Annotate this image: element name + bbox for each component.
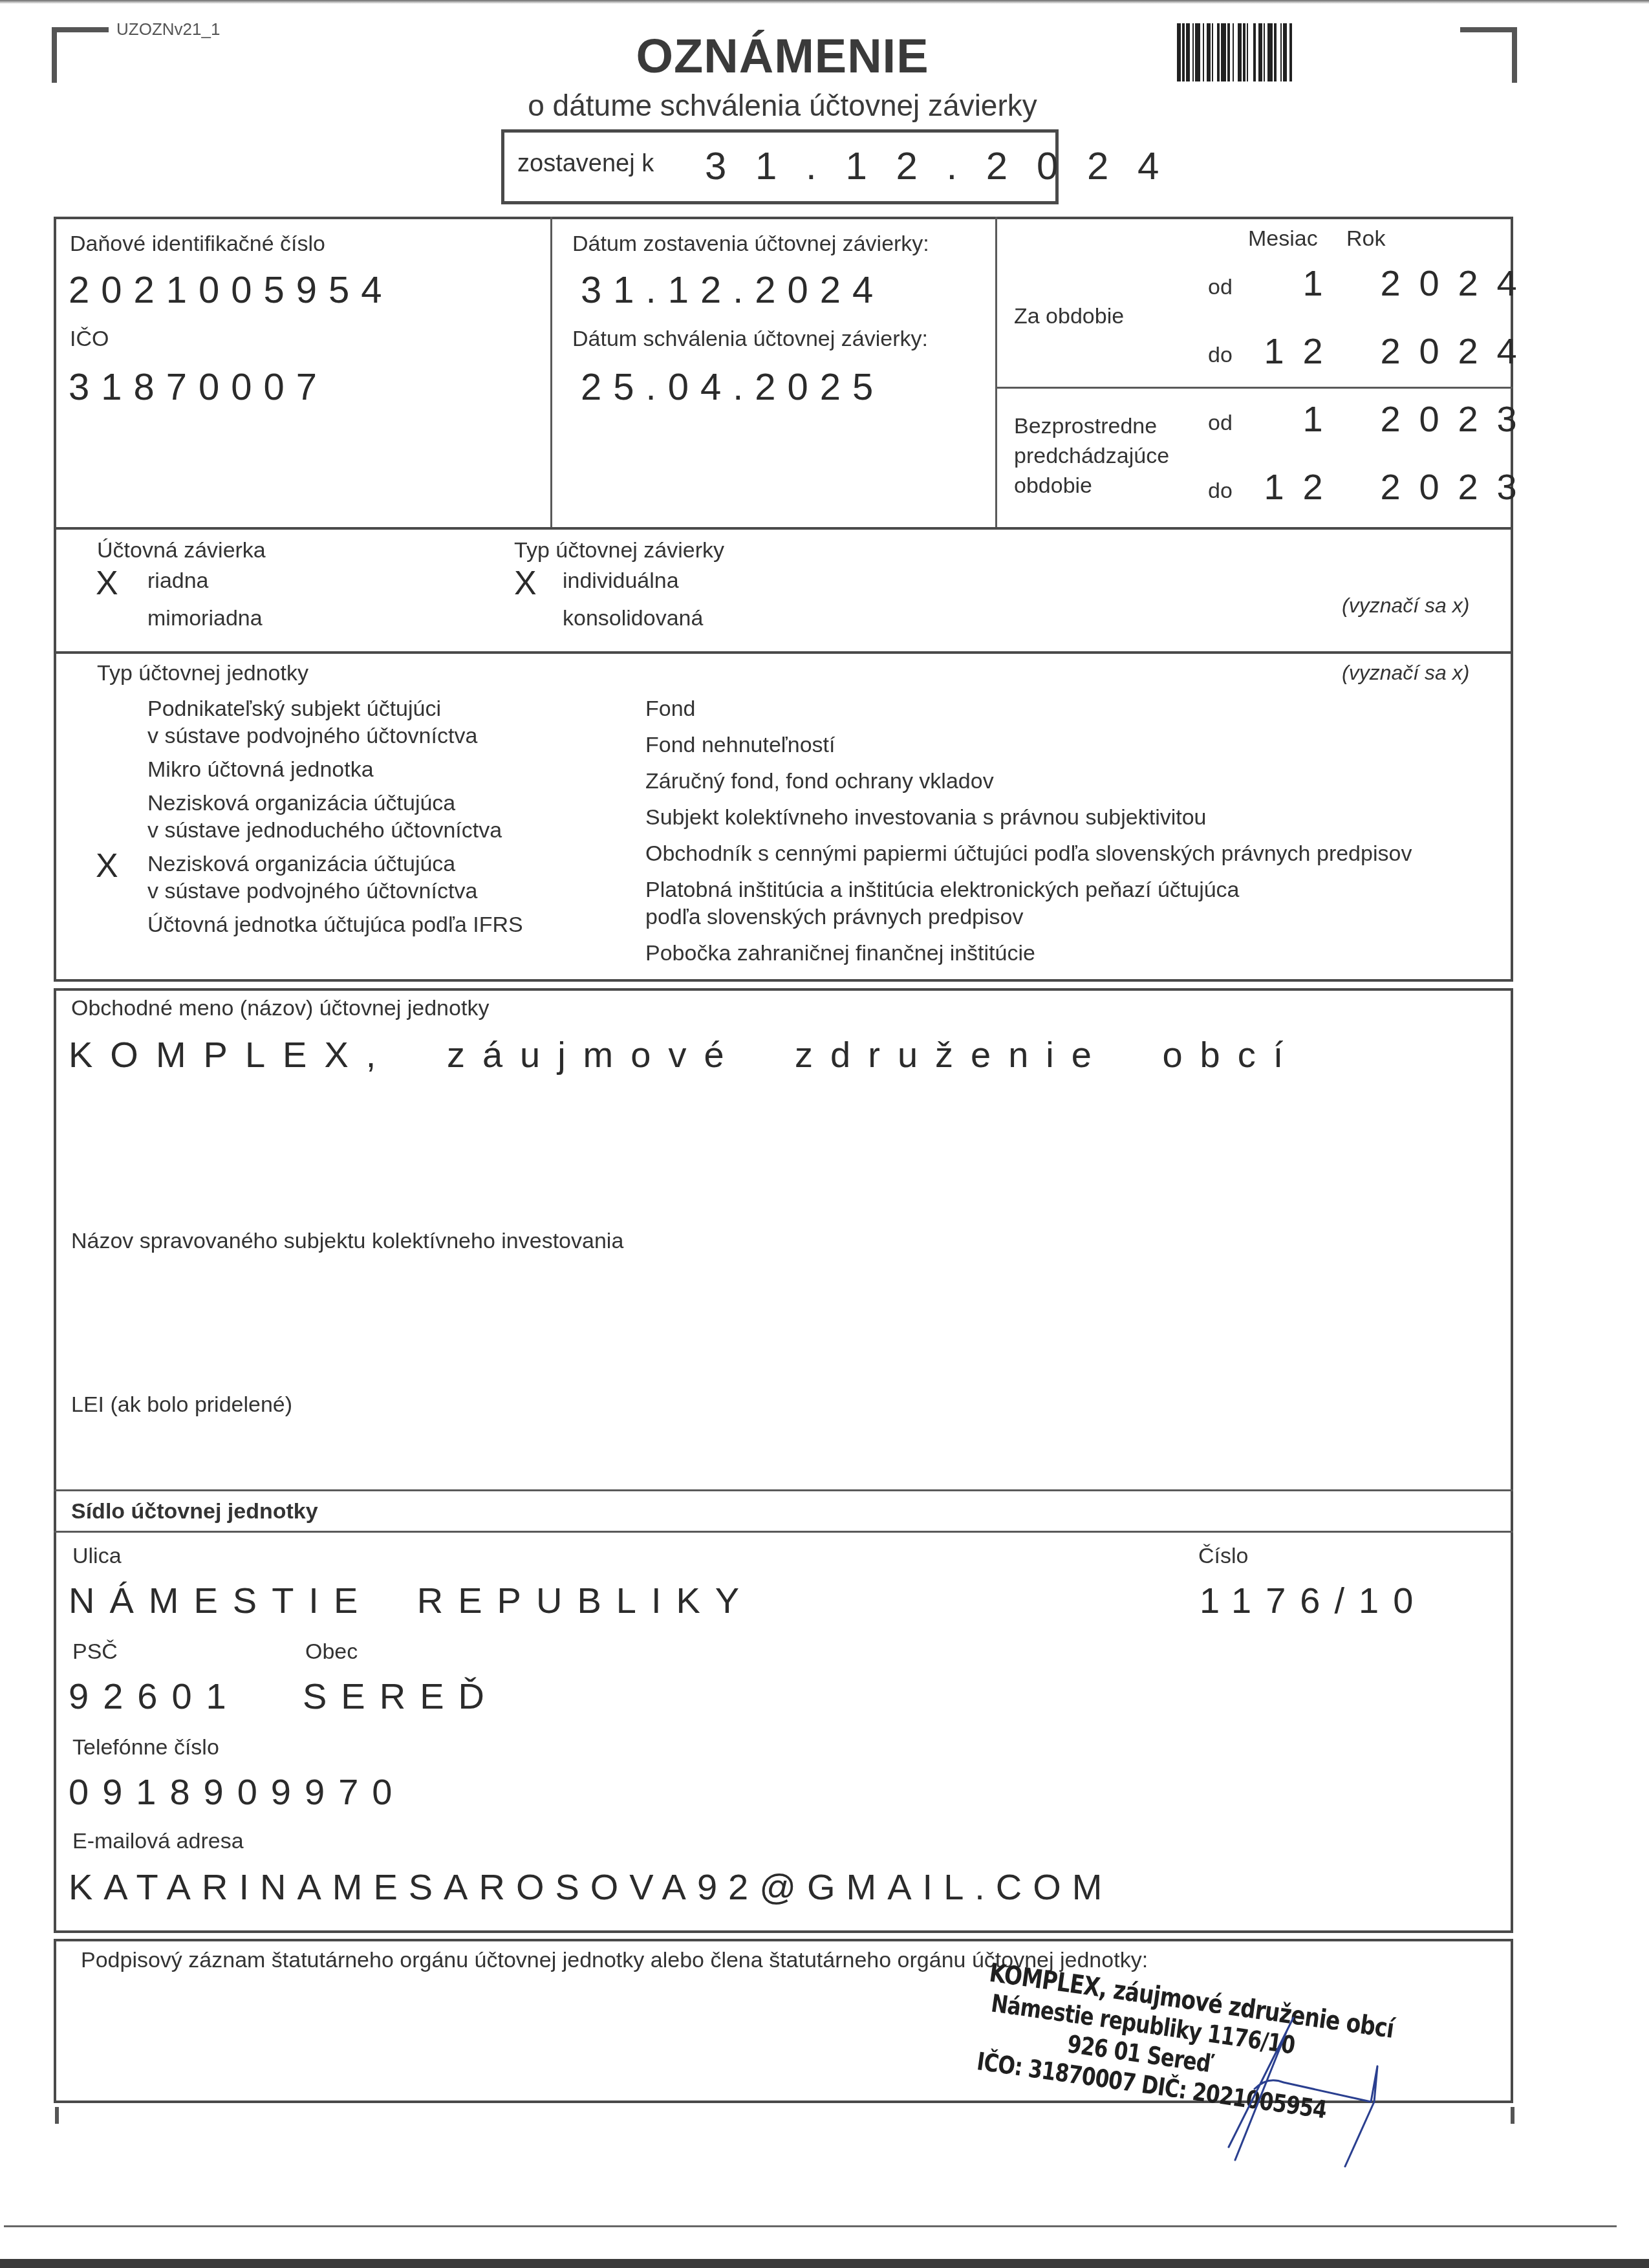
period-digit: 2	[1371, 262, 1410, 304]
period-digit: 1	[1255, 466, 1293, 508]
divider	[995, 217, 997, 527]
option-item[interactable]: Fond	[645, 695, 1412, 722]
option-label: Platobná inštitúcia a inštitúcia elektro…	[645, 876, 1412, 903]
email-value[interactable]: KATARINAMESAROSOVA92@GMAIL.COM	[69, 1866, 1114, 1908]
period-digit: 4	[1487, 262, 1526, 304]
option-item[interactable]: XNezisková organizácia účtujúcav sústave…	[96, 850, 523, 905]
zip-label: PSČ	[72, 1639, 118, 1665]
entity-type-mark-hint: (vyznačí sa x)	[1342, 661, 1469, 685]
period-digit	[1255, 398, 1293, 440]
dic-label: Daňové identifikačné číslo	[70, 232, 325, 257]
period-digit	[1255, 262, 1293, 304]
compiled-as-of-value[interactable]: 3 1 . 1 2 . 2 0 2 4	[705, 144, 1168, 188]
divider	[54, 979, 1513, 982]
divider	[54, 988, 1513, 991]
option-label: Nezisková organizácia účtujúca	[147, 790, 523, 817]
option-item[interactable]: Obchodník s cennými papiermi účtujúci po…	[645, 840, 1412, 867]
period-digit: 2	[1371, 398, 1410, 440]
previous-period-label-line: Bezprostredne	[1014, 411, 1169, 441]
period-digit	[1332, 398, 1371, 440]
option-item[interactable]: Subjekt kolektívneho investovania s práv…	[645, 804, 1412, 831]
option-label: Podnikateľský subjekt účtujúci	[147, 695, 523, 722]
divider	[54, 1489, 1513, 1491]
handwritten-signature	[1216, 2005, 1487, 2173]
period-digit: 2	[1293, 466, 1332, 508]
option-label: Fond nehnuteľností	[645, 731, 1412, 759]
option-label: Účtovná jednotka účtujúca podľa IFRS	[147, 911, 523, 938]
divider	[1511, 988, 1513, 1932]
divider	[54, 651, 1513, 654]
option-label: Nezisková organizácia účtujúca	[147, 850, 523, 878]
previous-to-label: do	[1208, 479, 1233, 504]
period-digit: 2	[1449, 466, 1487, 508]
year-header: Rok	[1346, 226, 1385, 252]
previous-to-value[interactable]: 12 2023	[1255, 466, 1526, 508]
option-item[interactable]: Xindividuálna	[514, 568, 703, 594]
period-digit: 1	[1293, 398, 1332, 440]
divider	[550, 217, 552, 527]
period-digit: 3	[1487, 398, 1526, 440]
date-compiled-value[interactable]: 31.12.2024	[581, 268, 885, 312]
current-from-label: od	[1208, 275, 1233, 300]
period-digit: 1	[1255, 330, 1293, 372]
registration-mark-bottom-right	[1511, 2107, 1514, 2124]
date-approved-label: Dátum schválenia účtovnej závierky:	[572, 327, 928, 352]
checkmark-x-icon: X	[514, 564, 537, 603]
period-digit: 0	[1410, 330, 1449, 372]
option-label: Mikro účtovná jednotka	[147, 756, 523, 783]
street-value[interactable]: NÁMESTIE REPUBLIKY	[69, 1579, 754, 1621]
option-item[interactable]: Podnikateľský subjekt účtujúciv sústave …	[96, 695, 523, 750]
period-digit: 2	[1293, 330, 1332, 372]
option-item[interactable]: Platobná inštitúcia a inštitúcia elektro…	[645, 876, 1412, 931]
number-label: Číslo	[1198, 1544, 1248, 1569]
statement-type-label: Typ účtovnej závierky	[514, 538, 724, 563]
period-digit: 2	[1371, 466, 1410, 508]
option-item[interactable]: Záručný fond, fond ochrany vkladov	[645, 768, 1412, 795]
city-label: Obec	[305, 1639, 358, 1665]
dic-value[interactable]: 2021005954	[69, 268, 394, 312]
date-approved-value[interactable]: 25.04.2025	[581, 365, 885, 409]
ico-value[interactable]: 31870007	[69, 365, 329, 409]
statement-type-options: Xindividuálnakonsolidovaná	[514, 568, 703, 643]
divider	[54, 1531, 1513, 1533]
fund-name-label: Názov spravovaného subjektu kolektívneho…	[71, 1229, 623, 1254]
divider	[54, 1930, 1513, 1933]
scanner-bottom-band	[0, 2259, 1649, 2268]
checkmark-x-icon: X	[96, 564, 118, 603]
divider	[1511, 651, 1513, 981]
divider	[54, 527, 56, 653]
divider	[1511, 527, 1513, 653]
divider	[54, 217, 56, 527]
page-fold-line	[4, 2225, 1617, 2227]
divider	[54, 527, 1513, 530]
previous-from-value[interactable]: 1 2023	[1255, 398, 1526, 440]
period-digit: 0	[1410, 398, 1449, 440]
option-item[interactable]: konsolidovaná	[514, 605, 703, 631]
option-label: Subjekt kolektívneho investovania s práv…	[645, 804, 1412, 831]
divider	[995, 387, 1513, 389]
option-label: podľa slovenských právnych predpisov	[645, 903, 1412, 931]
entity-type-right-options: FondFond nehnuteľnostíZáručný fond, fond…	[645, 695, 1412, 976]
phone-value[interactable]: 0918909970	[69, 1771, 405, 1813]
previous-period-label: Bezprostredne predchádzajúce obdobie	[1014, 411, 1169, 501]
current-from-value[interactable]: 1 2024	[1255, 262, 1526, 304]
statement-options: Xriadnamimoriadna	[96, 568, 263, 643]
date-compiled-label: Dátum zostavenia účtovnej závierky:	[572, 232, 929, 257]
divider	[54, 1939, 1513, 1941]
option-label: v sústave jednoduchého účtovníctva	[147, 817, 523, 844]
period-digit: 0	[1410, 466, 1449, 508]
address-section-label: Sídlo účtovnej jednotky	[71, 1499, 318, 1524]
zip-value[interactable]: 92601	[69, 1675, 241, 1717]
option-item[interactable]: Pobočka zahraničnej finančnej inštitúcie	[645, 940, 1412, 967]
entity-name-value[interactable]: KOMPLEX, záujmové združenie obcí	[69, 1033, 1300, 1075]
option-label: Záručný fond, fond ochrany vkladov	[645, 768, 1412, 795]
option-item[interactable]: Xriadna	[96, 568, 263, 594]
entity-name-label: Obchodné meno (názov) účtovnej jednotky	[71, 996, 489, 1021]
period-digit: 2	[1371, 330, 1410, 372]
option-label: individuálna	[563, 568, 703, 594]
option-label: riadna	[147, 568, 263, 594]
period-digit: 2	[1449, 398, 1487, 440]
current-to-value[interactable]: 12 2024	[1255, 330, 1526, 372]
option-label: Pobočka zahraničnej finančnej inštitúcie	[645, 940, 1412, 967]
current-period-label: Za obdobie	[1014, 304, 1124, 329]
option-item[interactable]: Mikro účtovná jednotka	[96, 756, 523, 783]
document-subtitle: o dátume schválenia účtovnej závierky	[0, 88, 1565, 123]
statement-label: Účtovná závierka	[97, 538, 266, 563]
lei-label: LEI (ak bolo pridelené)	[71, 1392, 292, 1418]
registration-mark-bottom-left	[55, 2107, 59, 2124]
previous-from-label: od	[1208, 411, 1233, 436]
option-label: v sústave podvojného účtovníctva	[147, 722, 523, 750]
period-digit	[1332, 262, 1371, 304]
divider	[54, 988, 56, 1932]
option-label: Fond	[645, 695, 1412, 722]
divider	[1511, 1939, 1513, 2102]
option-item[interactable]: Účtovná jednotka účtujúca podľa IFRS	[96, 911, 523, 938]
email-label: E-mailová adresa	[72, 1829, 244, 1854]
divider	[54, 1939, 56, 2102]
entity-type-left-options: Podnikateľský subjekt účtujúciv sústave …	[96, 695, 523, 945]
period-digit: 0	[1410, 262, 1449, 304]
option-label: v sústave podvojného účtovníctva	[147, 878, 523, 905]
mark-hint: (vyznačí sa x)	[1342, 594, 1469, 618]
period-digit: 3	[1487, 466, 1526, 508]
number-value[interactable]: 1176/10	[1200, 1579, 1427, 1621]
street-label: Ulica	[72, 1544, 122, 1569]
entity-type-label: Typ účtovnej jednotky	[97, 661, 308, 686]
previous-period-label-line: obdobie	[1014, 471, 1169, 501]
ico-label: IČO	[70, 327, 109, 352]
option-label: mimoriadna	[147, 605, 263, 631]
period-digit: 4	[1487, 330, 1526, 372]
option-label: Obchodník s cennými papiermi účtujúci po…	[645, 840, 1412, 867]
period-digit	[1332, 330, 1371, 372]
period-digit: 2	[1449, 262, 1487, 304]
document-title: OZNÁMENIE	[0, 28, 1565, 83]
checkmark-x-icon: X	[96, 847, 118, 885]
option-item[interactable]: Nezisková organizácia účtujúcav sústave …	[96, 790, 523, 844]
month-header: Mesiac	[1248, 226, 1318, 252]
divider	[54, 217, 1513, 219]
compiled-as-of-label: zostavenej k	[517, 150, 654, 178]
period-digit	[1332, 466, 1371, 508]
phone-label: Telefónne číslo	[72, 1735, 219, 1760]
option-item[interactable]: Fond nehnuteľností	[645, 731, 1412, 759]
page-edge-top	[0, 0, 1649, 4]
period-digit: 2	[1449, 330, 1487, 372]
current-to-label: do	[1208, 343, 1233, 368]
option-label: konsolidovaná	[563, 605, 703, 631]
divider	[54, 651, 56, 981]
previous-period-label-line: predchádzajúce	[1014, 441, 1169, 471]
city-value[interactable]: SEREĎ	[303, 1675, 499, 1717]
period-digit: 1	[1293, 262, 1332, 304]
option-item[interactable]: mimoriadna	[96, 605, 263, 631]
